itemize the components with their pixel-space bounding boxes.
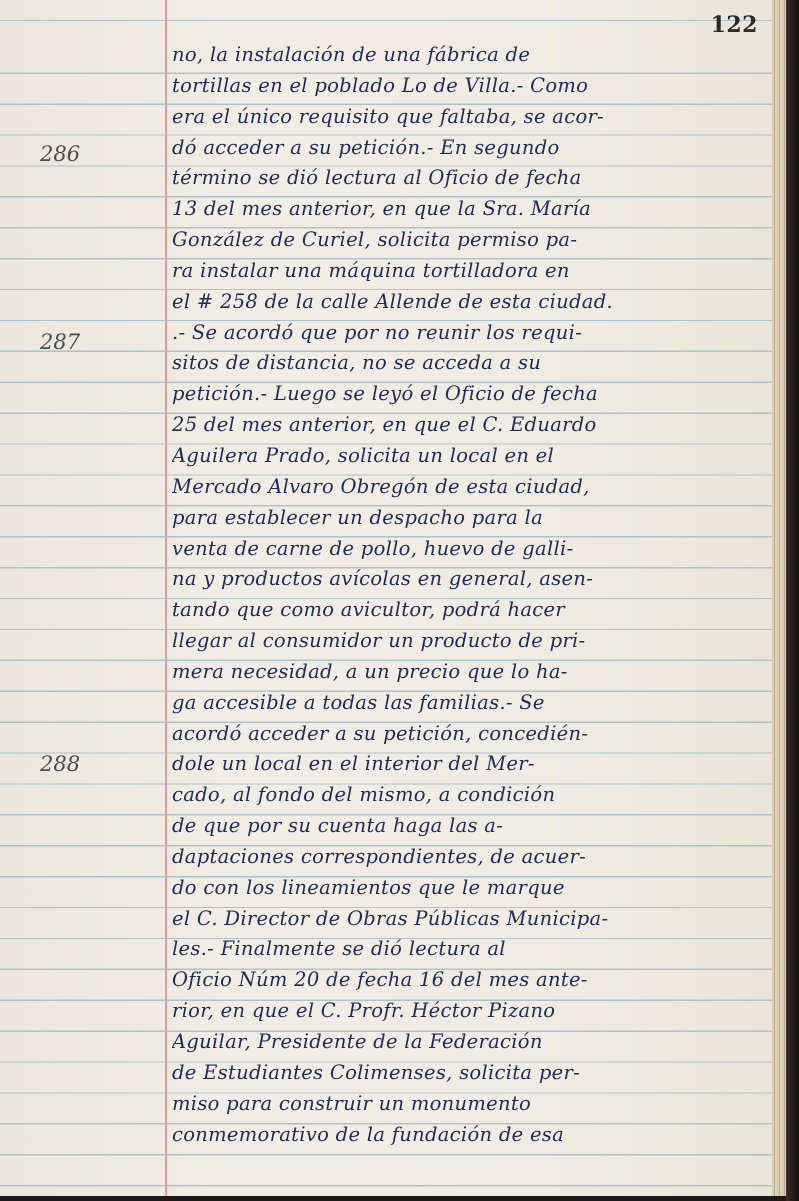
text-line: dole un local en el interior del Mer- bbox=[172, 749, 772, 780]
text-line: petición.- Luego se leyó el Oficio de fe… bbox=[172, 379, 772, 410]
text-line: término se dió lectura al Oficio de fech… bbox=[172, 163, 772, 194]
text-line: miso para construir un monumento bbox=[172, 1089, 772, 1120]
text-line: Mercado Alvaro Obregón de esta ciudad, bbox=[172, 472, 772, 503]
text-line: el # 258 de la calle Allende de esta ciu… bbox=[172, 287, 772, 318]
text-line: era el único requisito que faltaba, se a… bbox=[172, 102, 772, 133]
text-line: do con los lineamientos que le marque bbox=[172, 873, 772, 904]
page-edges bbox=[772, 0, 786, 1196]
text-line: llegar al consumidor un producto de pri- bbox=[172, 626, 772, 657]
text-line: .- Se acordó que por no reunir los requi… bbox=[172, 318, 772, 349]
text-line: cado, al fondo del mismo, a condición bbox=[172, 780, 772, 811]
text-line: venta de carne de pollo, huevo de galli- bbox=[172, 534, 772, 565]
text-line: 25 del mes anterior, en que el C. Eduard… bbox=[172, 410, 772, 441]
text-line: na y productos avícolas en general, asen… bbox=[172, 564, 772, 595]
text-line: de que por su cuenta haga las a- bbox=[172, 811, 772, 842]
text-line: mera necesidad, a un precio que lo ha- bbox=[172, 657, 772, 688]
text-line: 13 del mes anterior, en que la Sra. Marí… bbox=[172, 194, 772, 225]
ledger-page: 122 286 287 288 no, la instalación de un… bbox=[0, 0, 772, 1196]
text-line: daptaciones correspondientes, de acuer- bbox=[172, 842, 772, 873]
text-line: dó acceder a su petición.- En segundo bbox=[172, 133, 772, 164]
book-bottom-edge bbox=[0, 1196, 786, 1201]
text-line: para establecer un despacho para la bbox=[172, 503, 772, 534]
text-line: Oficio Núm 20 de fecha 16 del mes ante- bbox=[172, 965, 772, 996]
book-binding bbox=[786, 0, 799, 1201]
margin-entry-number: 288 bbox=[40, 752, 120, 776]
text-line: el C. Director de Obras Públicas Municip… bbox=[172, 904, 772, 935]
margin-entry-number: 287 bbox=[40, 330, 120, 354]
text-line: sitos de distancia, no se acceda a su bbox=[172, 348, 772, 379]
text-line: ga accesible a todas las familias.- Se bbox=[172, 688, 772, 719]
text-line: de Estudiantes Colimenses, solicita per- bbox=[172, 1058, 772, 1089]
text-line: Aguilera Prado, solicita un local en el bbox=[172, 441, 772, 472]
red-margin-line bbox=[165, 0, 167, 1196]
handwritten-text-block: no, la instalación de una fábrica de tor… bbox=[172, 40, 772, 1150]
text-line: acordó acceder a su petición, concedién- bbox=[172, 719, 772, 750]
text-line: no, la instalación de una fábrica de bbox=[172, 40, 772, 71]
text-line: conmemorativo de la fundación de esa bbox=[172, 1120, 772, 1151]
text-line: ra instalar una máquina tortilladora en bbox=[172, 256, 772, 287]
text-line: rior, en que el C. Profr. Héctor Pizano bbox=[172, 996, 772, 1027]
text-line: González de Curiel, solicita permiso pa- bbox=[172, 225, 772, 256]
page-number: 122 bbox=[711, 12, 758, 38]
text-line: tando que como avicultor, podrá hacer bbox=[172, 595, 772, 626]
text-line: tortillas en el poblado Lo de Villa.- Co… bbox=[172, 71, 772, 102]
text-line: Aguilar, Presidente de la Federación bbox=[172, 1027, 772, 1058]
margin-entry-number: 286 bbox=[40, 142, 120, 166]
text-line: les.- Finalmente se dió lectura al bbox=[172, 934, 772, 965]
